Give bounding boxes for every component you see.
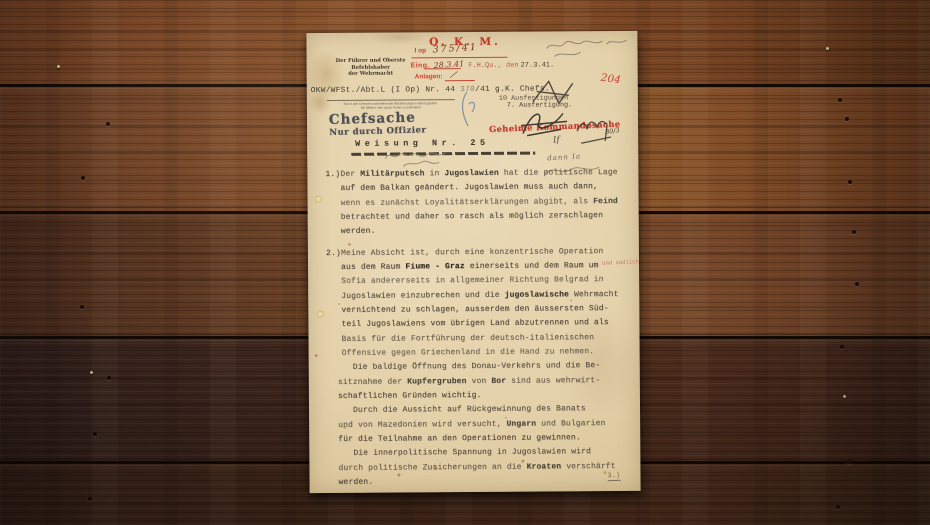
handwritten-flourish-3 [575, 113, 615, 147]
paragraph-number: 1.) [325, 168, 340, 182]
fine-print-note: Nur in den Grenzen nachstehender Bestimm… [327, 99, 455, 110]
nail-hole [836, 505, 840, 509]
nail-hole [840, 345, 844, 349]
nail-hole [843, 395, 846, 398]
body-line: Jugoslawien einzubrechen und die jugosla… [341, 288, 628, 304]
chefsache-stamp: Chefsache Nur durch Offizier [329, 109, 427, 138]
file-reference-part1: OKW/WFSt./Abt.L (I Op) Nr. 44 [311, 86, 460, 95]
nail-hole [81, 176, 85, 180]
nail-hole [88, 497, 92, 501]
nail-hole [93, 432, 97, 436]
registry-number-handwritten: 375/41 [432, 42, 478, 56]
red-page-number-annotation: 204 [600, 72, 621, 87]
nail-hole [847, 460, 851, 464]
body-line: betrachtet und daher so rasch als möglic… [341, 209, 628, 225]
nail-hole [845, 117, 849, 121]
nail-hole [838, 98, 842, 102]
document-paper: O. K. M. I op 375/41 Der Führer und Ober… [306, 31, 640, 493]
fox-spot [315, 354, 318, 357]
body-paragraph: Die innerpolitische Spannung in Jugoslaw… [327, 445, 629, 490]
issuer-line2: der Wehrmacht [348, 71, 393, 77]
directive-body: 1.)Der Militärputsch in Jugoslawien hat … [325, 166, 629, 490]
chefsache-line2: Nur durch Offizier [329, 125, 426, 138]
nail-hole [826, 47, 829, 50]
nail-hole [80, 305, 84, 309]
registry-underline [412, 57, 508, 59]
handwritten-flourish-1 [529, 79, 579, 107]
body-paragraph: Die baldige Öffnung des Donau-Verkehrs u… [327, 359, 629, 404]
body-line: Der Militärputsch in Jugoslawien hat die… [340, 166, 627, 182]
body-line: werden. [341, 223, 628, 239]
body-line: werden. [338, 474, 629, 490]
nail-hole [848, 180, 852, 184]
registry-prefix: I op [415, 47, 427, 54]
paragraph-number: 2.) [326, 247, 341, 261]
dateline-date: 27.3.41. [521, 61, 555, 69]
body-line: durch politische Zusicherungen an die Kr… [338, 459, 629, 475]
body-line: Meine Absicht ist, durch eine konzentris… [341, 245, 628, 261]
body-paragraph: 1.)Der Militärputsch in Jugoslawien hat … [325, 166, 627, 240]
enclosures-label: Anlagen: [415, 73, 443, 80]
body-paragraph: 2.)Meine Absicht ist, durch eine konzent… [326, 245, 629, 362]
body-line: und von Mazedonien wird versucht, Ungarn… [338, 416, 629, 432]
nail-hole [57, 65, 60, 68]
photo-scene: O. K. M. I op 375/41 Der Führer und Ober… [0, 0, 930, 525]
issuer-heading: Der Führer und Oberste Befehlshaber der … [319, 57, 423, 78]
enclosures-underline [445, 80, 475, 81]
file-reference: OKW/WFSt./Abt.L (I Op) Nr. 44 370/41 g.K… [311, 85, 550, 95]
nail-hole [852, 230, 856, 234]
nail-hole [107, 376, 111, 380]
nail-hole [106, 122, 110, 126]
dateline-place: F.H.Qu., den [468, 62, 518, 70]
handwritten-scribble-top-right [544, 34, 636, 61]
body-paragraph: Durch die Aussicht auf Rückgewinnung des… [327, 402, 629, 447]
punch-hole [317, 311, 323, 317]
handwritten-blue-mark [457, 90, 477, 130]
nail-hole [90, 371, 93, 374]
punch-hole [316, 196, 322, 202]
handwritten-flourish-2 [517, 107, 572, 137]
nail-hole [855, 282, 859, 286]
body-line: sitznahme der Kupfergruben von Bor sind … [338, 374, 629, 390]
issuer-line1: Der Führer und Oberste Befehlshaber [336, 57, 406, 70]
